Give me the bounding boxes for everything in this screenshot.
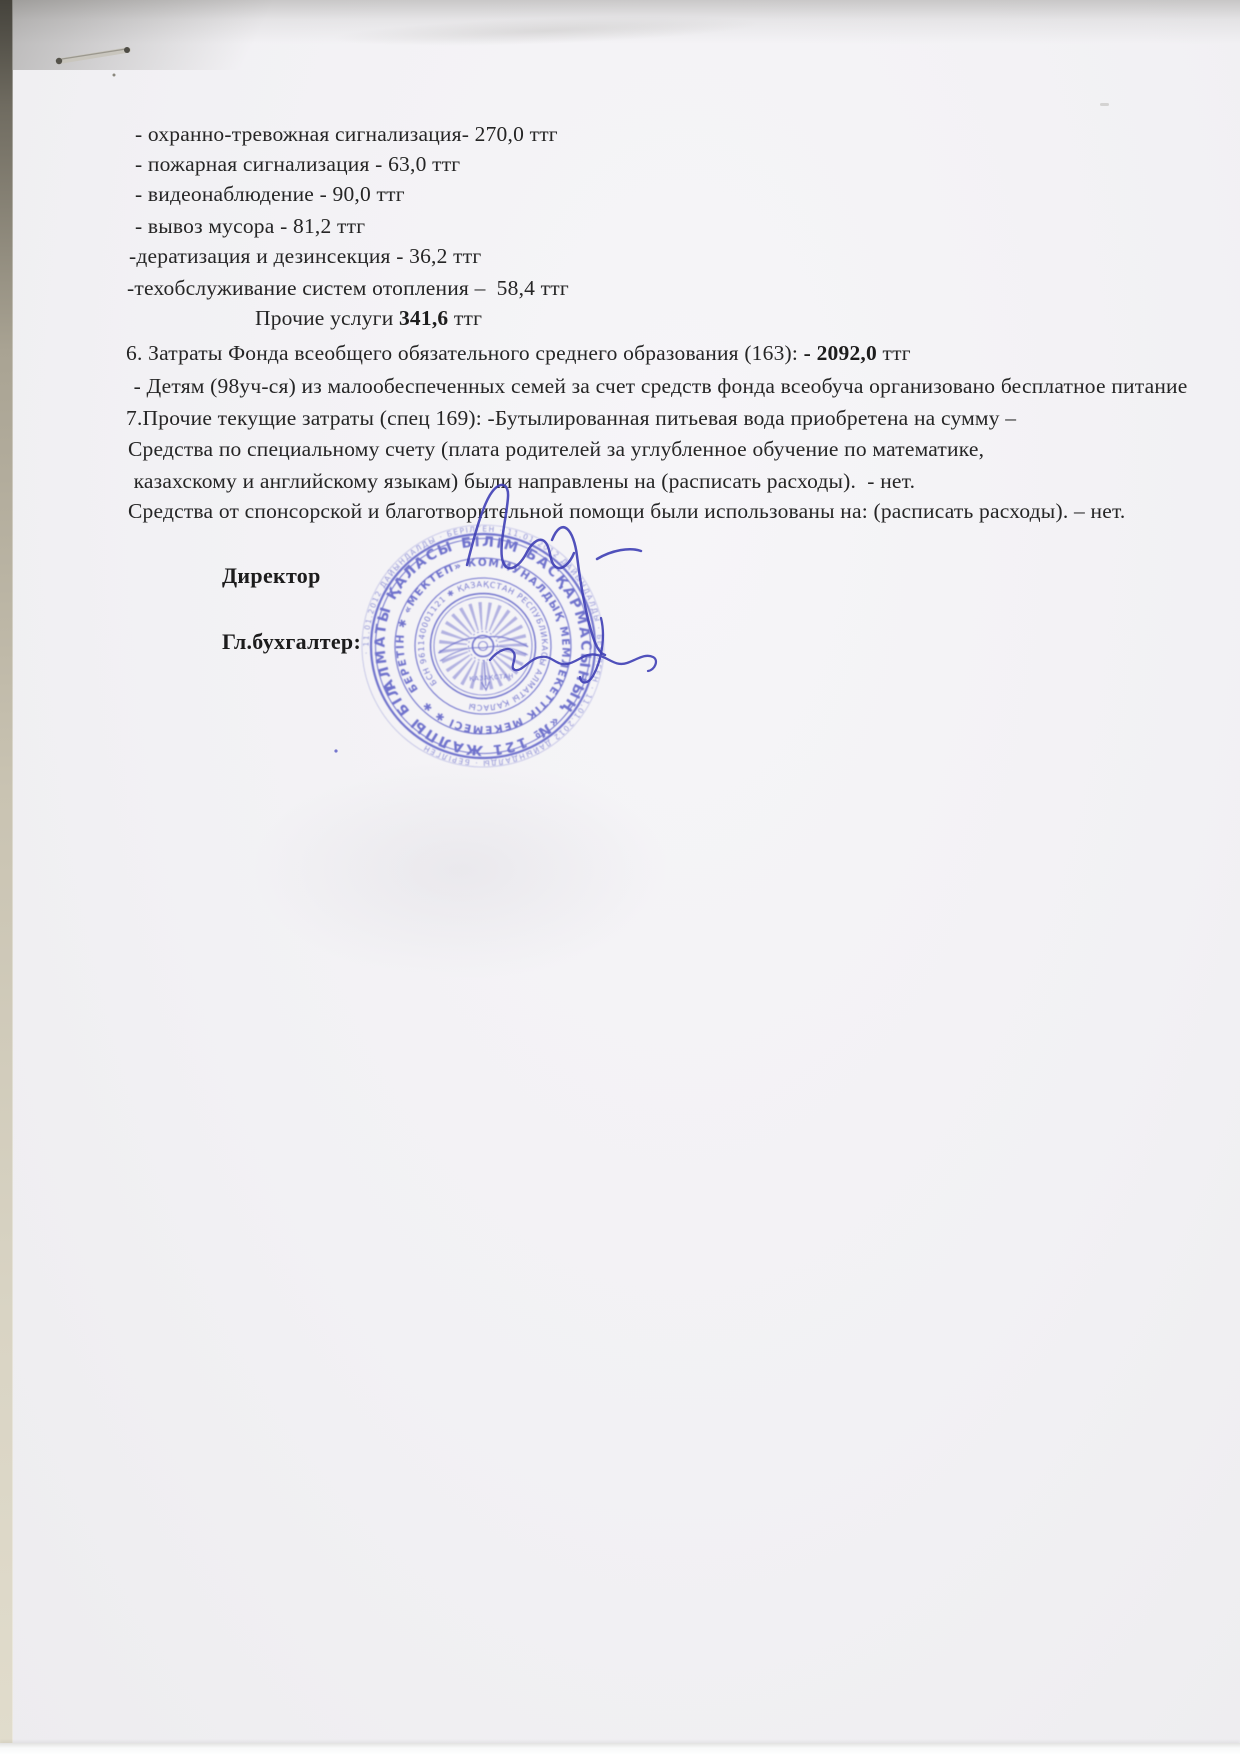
- stamp-emblem-label: ҚАЗАҚСТАН: [469, 672, 514, 683]
- stamp-and-signatures-layer: · 11.01.2012 ДАЙЫНДАЛДЫ · БЕРІЛГЕН · 11.…: [0, 0, 1240, 1754]
- staple-icon: [56, 47, 130, 77]
- ink-fleck: [334, 749, 337, 752]
- director-signature-dash: [597, 549, 641, 559]
- scanned-page: - охранно-тревожная сигнализация- 270,0 …: [0, 0, 1240, 1754]
- official-stamp: · 11.01.2012 ДАЙЫНДАЛДЫ · БЕРІЛГЕН · 11.…: [0, 0, 613, 802]
